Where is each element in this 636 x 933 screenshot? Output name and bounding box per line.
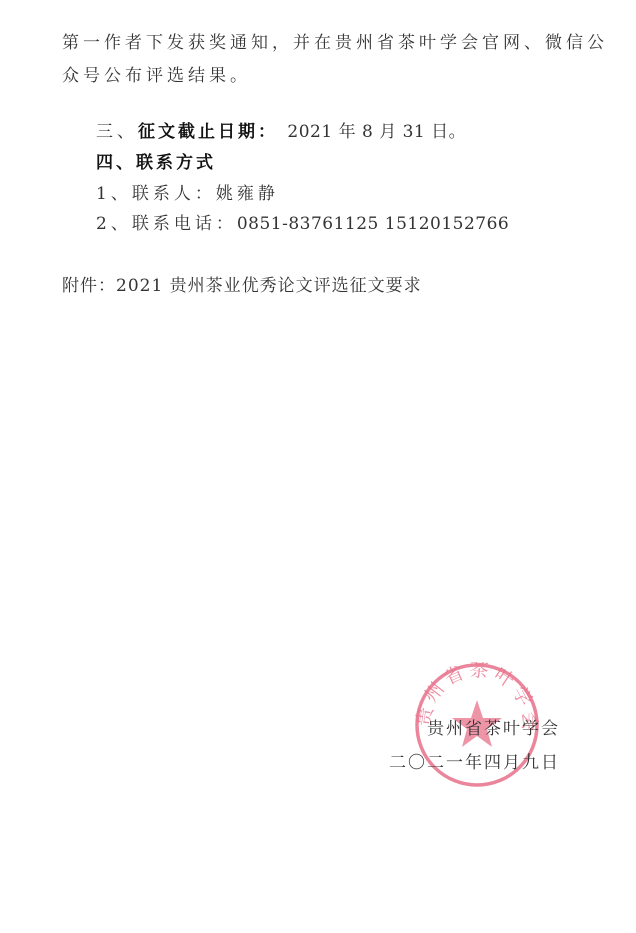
- section-three: 三、征文截止日期： 2021 年 8 月 31 日。: [96, 121, 466, 143]
- attachment-line: 附件：2021 贵州茶业优秀论文评选征文要求: [62, 275, 422, 297]
- signature-date: 二〇二一年四月九日: [389, 752, 560, 774]
- section-three-prefix: 三、: [96, 122, 138, 142]
- document-page: 第一作者下发获奖通知，并在贵州省茶叶学会官网、微信公 众号公布评选结果。 三、征…: [0, 0, 636, 933]
- paragraph-line-1: 第一作者下发获奖通知，并在贵州省茶叶学会官网、微信公: [62, 32, 608, 54]
- attachment-value: 2021 贵州茶业优秀论文评选征文要求: [116, 276, 422, 296]
- paragraph-line-2: 众号公布评选结果。: [62, 65, 251, 87]
- contact-person: 1、联系人：姚雍静: [96, 183, 279, 205]
- contact-phone: 2、联系电话：0851-83761125 15120152766: [96, 213, 509, 235]
- section-three-heading: 征文截止日期：: [138, 122, 278, 142]
- deadline-date: 2021 年 8 月 31 日。: [287, 122, 466, 142]
- contact-phone-label: 2、联系电话：: [96, 214, 237, 234]
- contact-phone-value: 0851-83761125 15120152766: [237, 214, 509, 234]
- contact-person-value: 姚雍静: [216, 184, 279, 204]
- section-four-heading: 四、联系方式: [96, 152, 216, 174]
- attachment-label: 附件：: [62, 276, 116, 296]
- contact-person-label: 1、联系人：: [96, 184, 216, 204]
- signature-organization: 贵州省茶叶学会: [427, 718, 560, 740]
